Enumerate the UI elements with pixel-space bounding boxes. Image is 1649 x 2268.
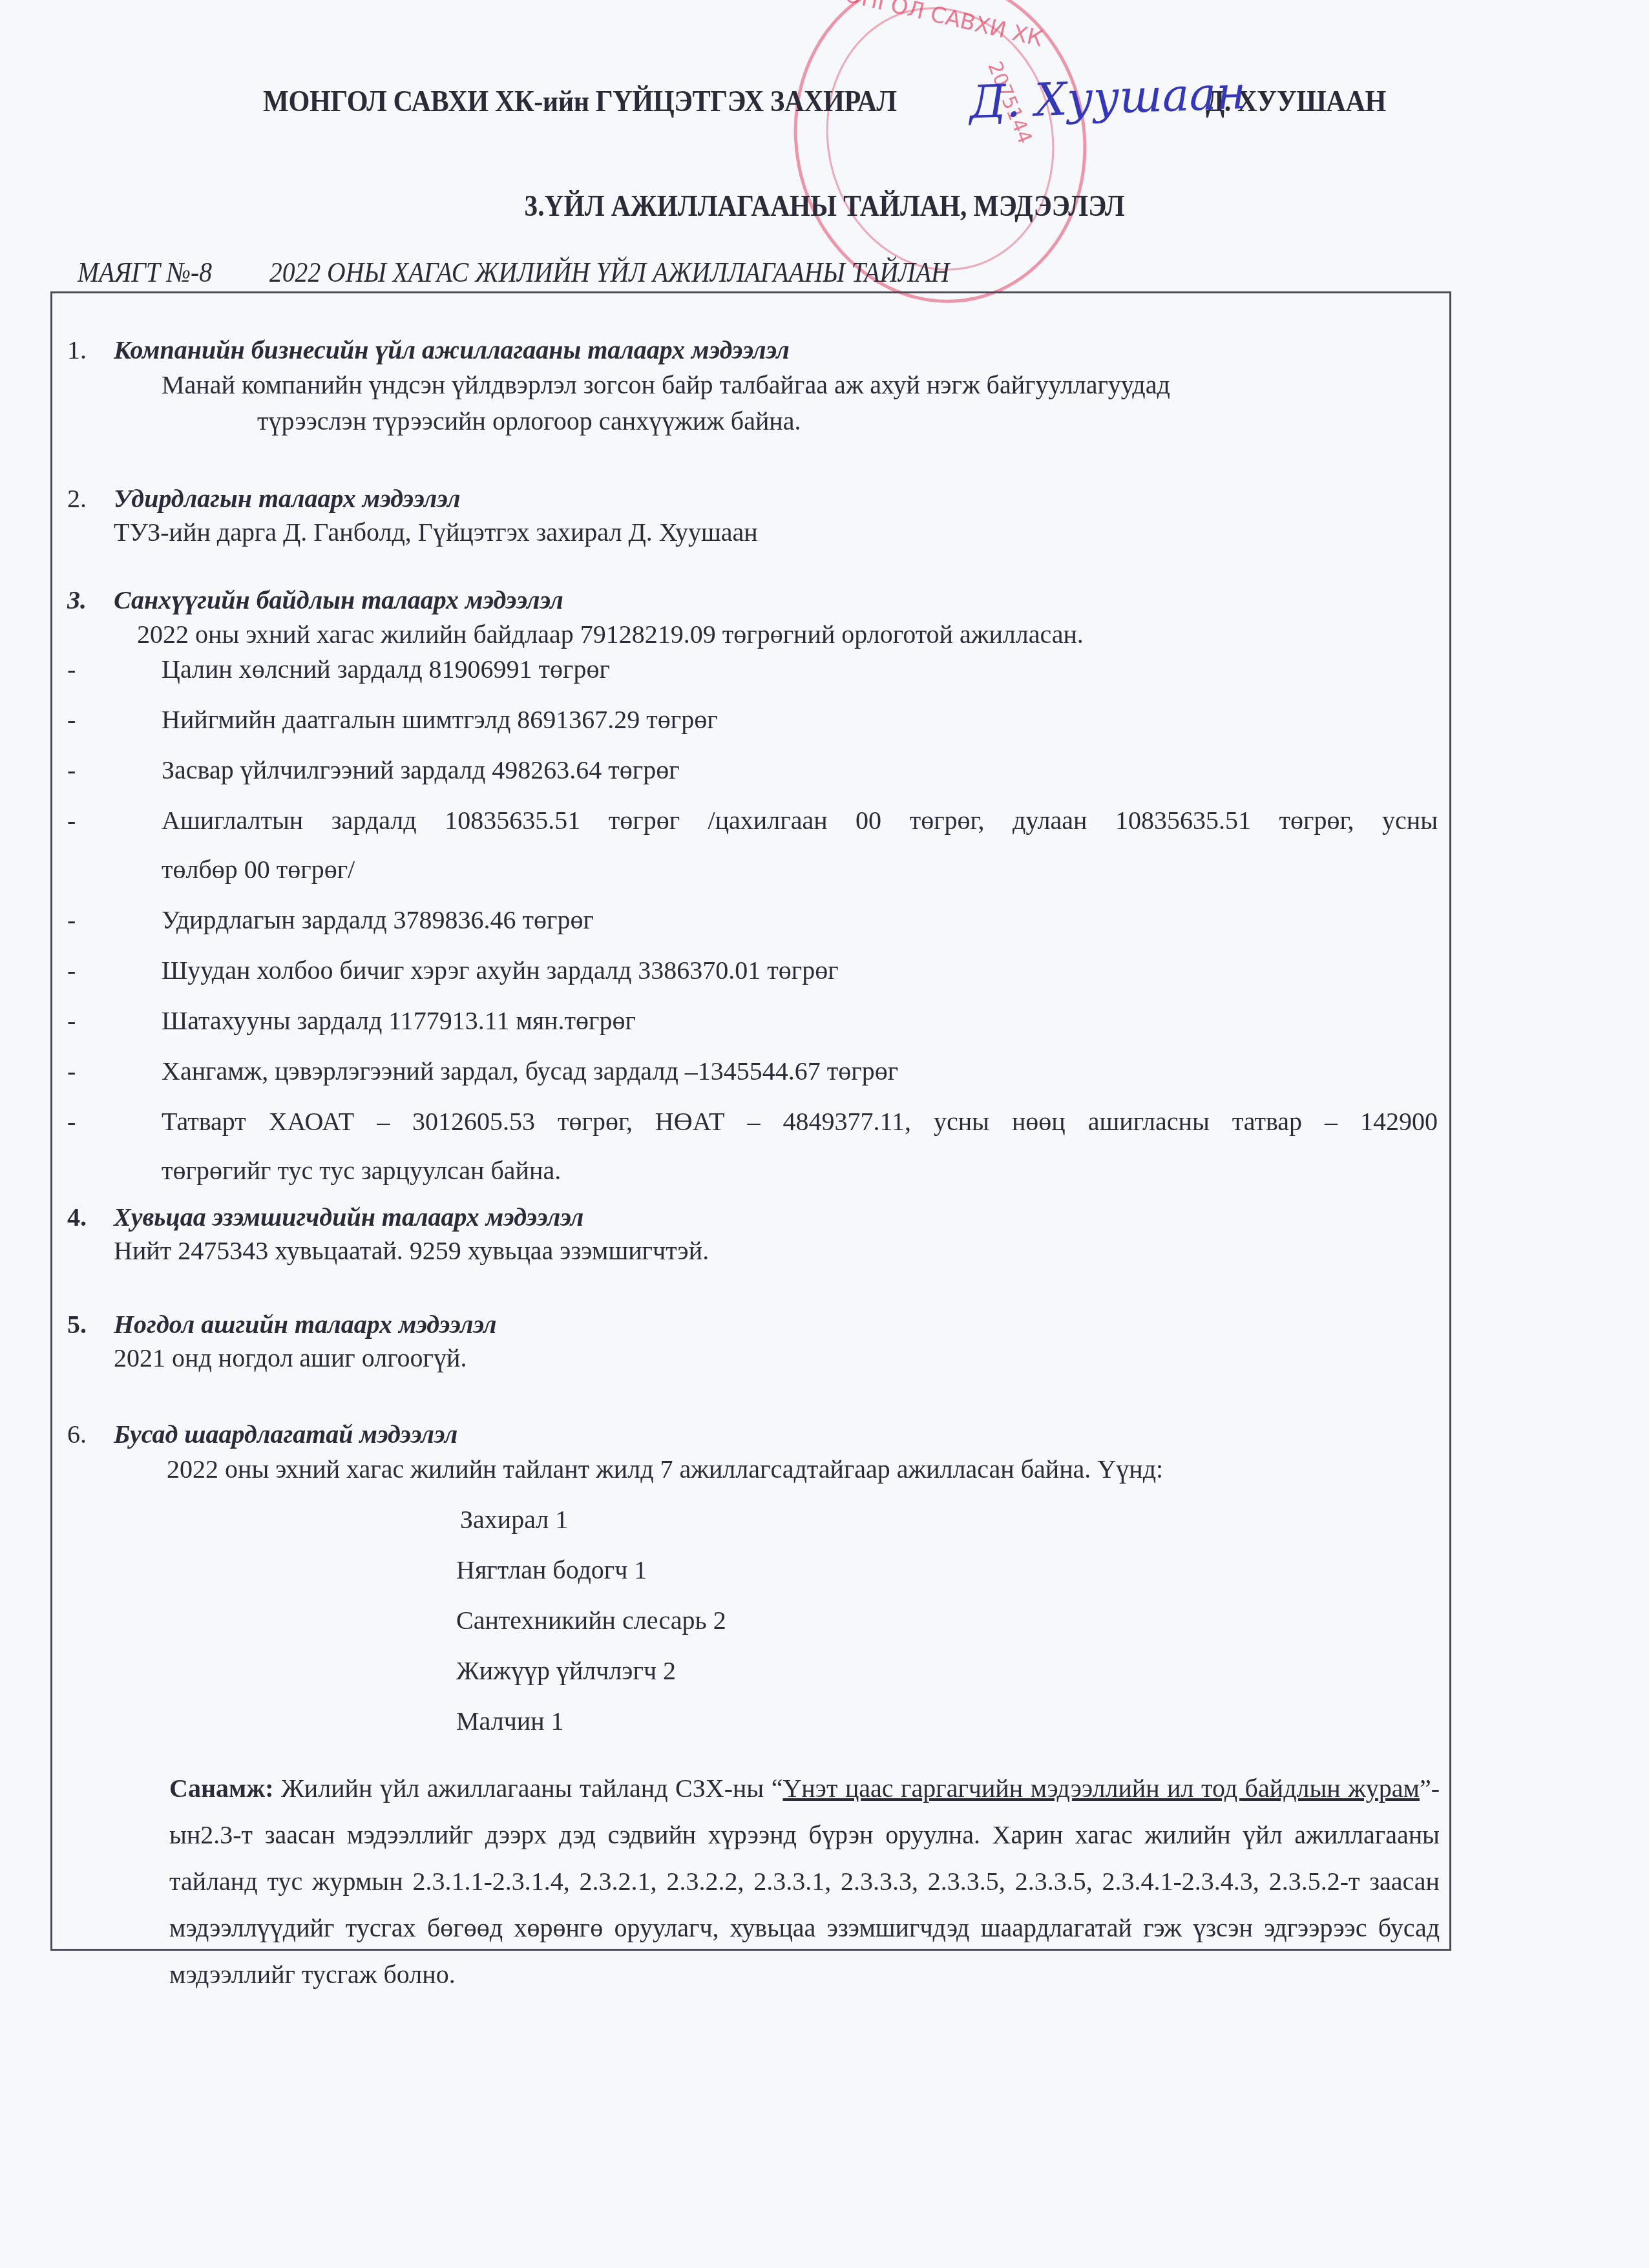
section-4-number: 4.	[67, 1202, 87, 1232]
section-5-number: 5.	[67, 1309, 87, 1339]
stamp-text: МОНГОЛ САВХИ ХК	[824, 0, 1045, 52]
bullet-dash: -	[67, 704, 76, 735]
expense-item: Нийгмийн даатгалын шимтгэлд 8691367.29 т…	[162, 704, 718, 735]
header-title-left: МОНГОЛ САВХИ ХК-ийн ГҮЙЦЭТГЭХ ЗАХИРАЛ	[263, 85, 897, 118]
expense-item: Хангамж, цэвэрлэгээний зардал, бусад зар…	[162, 1056, 898, 1087]
section-3-line-1: 2022 оны эхний хагас жилийн байдлаар 791…	[137, 619, 1084, 650]
section-2-line-1: ТУЗ-ийн дарга Д. Ганболд, Гүйцэтгэх захи…	[114, 517, 758, 548]
bullet-dash: -	[67, 755, 76, 785]
section-1-number: 1.	[67, 335, 87, 365]
expense-item: Шатахууны зардалд 1177913.11 мян.төгрөг	[162, 1005, 636, 1036]
bullet-dash: -	[67, 1056, 76, 1086]
section-4-line-1: Нийт 2475343 хувьцаатай. 9259 хувьцаа эз…	[114, 1235, 709, 1266]
expense-item: Шуудан холбоо бичиг хэрэг ахуйн зардалд …	[162, 955, 839, 986]
director-signature: Д. Хуушаан	[969, 67, 1247, 129]
note-text-after: ”-ын2.3-т заасан мэдээллийг дээрх дэд сэ…	[169, 1774, 1440, 1989]
section-3-number: 3.	[67, 585, 87, 615]
note-text-before: Жилийн үйл ажиллагааны тайланд СЗХ-ны “	[274, 1774, 783, 1803]
section-6-heading: Бусад шаардлагатай мэдээлэл	[114, 1419, 457, 1449]
expense-item: Удирдлагын зардалд 3789836.46 төгрөг	[162, 905, 594, 936]
form-number: МАЯГТ №-8	[78, 256, 269, 289]
section-6-number: 6.	[67, 1419, 87, 1449]
document-header-title: МОНГОЛ САВХИ ХК-ийн ГҮЙЦЭТГЭХ ЗАХИРАЛД. …	[66, 84, 1583, 118]
section-title: 3.ҮЙЛ АЖИЛЛАГААНЫ ТАЙЛАН, МЭДЭЭЛЭЛ	[83, 189, 1567, 223]
staff-item: Сантехникийн слесарь 2	[456, 1605, 726, 1636]
section-5-line-1: 2021 онд ногдол ашиг олгоогүй.	[114, 1343, 467, 1374]
bullet-dash: -	[67, 1005, 76, 1036]
form-title: 2022 ОНЫ ХАГАС ЖИЛИЙН ҮЙЛ АЖИЛЛАГААНЫ ТА…	[269, 257, 950, 288]
expense-item: Татварт ХАОАТ – 3012605.53 төгрөг, НӨАТ …	[162, 1106, 1438, 1137]
expense-item-continued: төлбөр 00 төгрөг/	[162, 854, 355, 885]
expense-item: Ашиглалтын зардалд 10835635.51 төгрөг /ц…	[162, 805, 1438, 836]
note-paragraph: Санамж: Жилийн үйл ажиллагааны тайланд С…	[169, 1765, 1440, 1998]
section-1-heading: Компанийн бизнесийн үйл ажиллагааны тала…	[114, 335, 790, 365]
regulation-link[interactable]: Үнэт цаас гаргагчийн мэдээллийн ил тод б…	[782, 1774, 1419, 1803]
expense-item: Цалин хөлсний зардалд 81906991 төгрөг	[162, 654, 610, 685]
section-2-number: 2.	[67, 483, 87, 514]
staff-item: Малчин 1	[456, 1706, 564, 1737]
section-5-heading: Ногдол ашгийн талаарх мэдээлэл	[114, 1309, 497, 1339]
section-6-line-1: 2022 оны эхний хагас жилийн тайлант жилд…	[167, 1454, 1163, 1485]
bullet-dash: -	[67, 955, 76, 985]
section-4-heading: Хувьцаа эзэмшигчдийн талаарх мэдээлэл	[114, 1202, 583, 1232]
staff-item: Жижүүр үйлчлэгч 2	[456, 1655, 676, 1686]
staff-item: Нягтлан бодогч 1	[456, 1555, 647, 1586]
section-2-heading: Удирдлагын талаарх мэдээлэл	[114, 483, 460, 514]
staff-item: Захирал 1	[460, 1504, 568, 1535]
section-1-line-1: Манай компанийн үндсэн үйлдвэрлэл зогсон…	[162, 370, 1170, 401]
section-1-line-2: түрээслэн түрээсийн орлогоор санхүүжиж б…	[257, 406, 801, 437]
expense-item: Засвар үйлчилгээний зардалд 498263.64 тө…	[162, 755, 680, 786]
bullet-dash: -	[67, 654, 76, 684]
form-line: МАЯГТ №-82022 ОНЫ ХАГАС ЖИЛИЙН ҮЙЛ АЖИЛЛ…	[78, 256, 950, 289]
bullet-dash: -	[67, 905, 76, 935]
section-3-heading: Санхүүгийн байдлын талаарх мэдээлэл	[114, 585, 563, 615]
bullet-dash: -	[67, 1106, 76, 1137]
expense-item-continued: төгрөгийг тус тус зарцуулсан байна.	[162, 1155, 561, 1186]
bullet-dash: -	[67, 805, 76, 835]
note-label: Санамж:	[169, 1774, 274, 1803]
